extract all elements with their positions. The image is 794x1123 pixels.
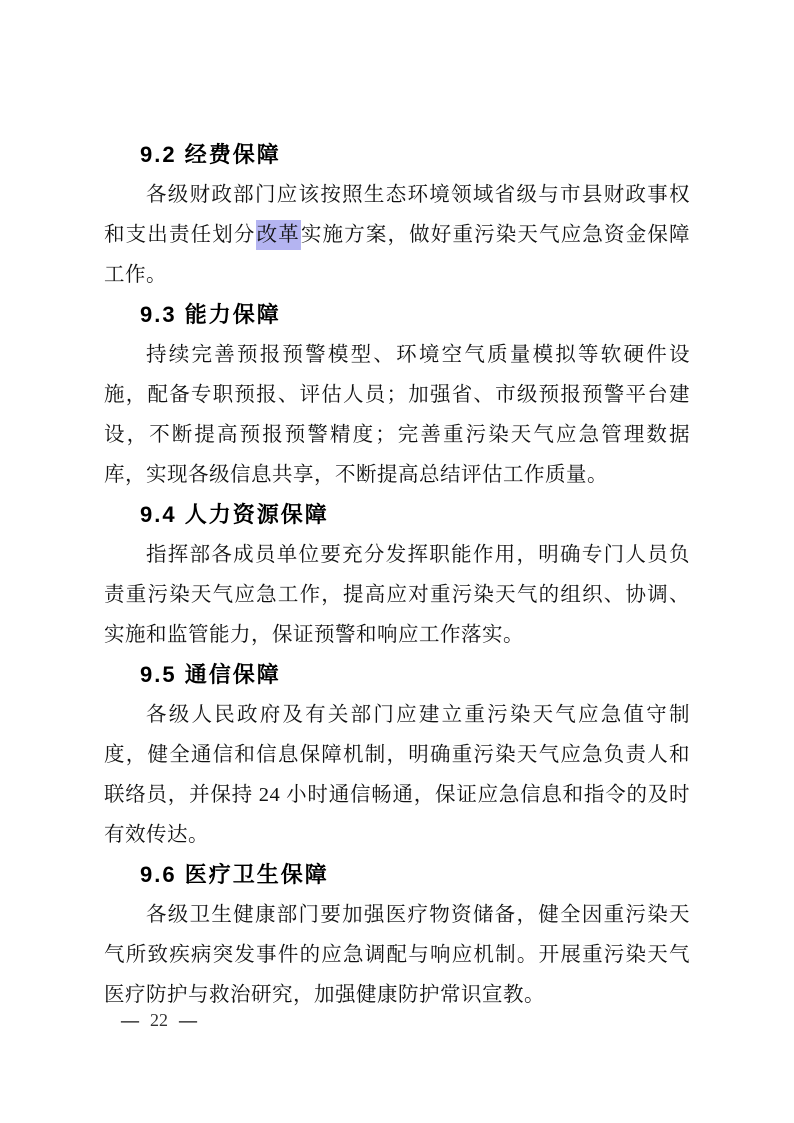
- section-heading: 9.6 医疗卫生保障: [104, 855, 690, 895]
- section-paragraph: 各级人民政府及有关部门应建立重污染天气应急值守制度，健全通信和信息保障机制，明确…: [104, 695, 690, 855]
- section-9-3: 9.3 能力保障 持续完善预报预警模型、环境空气质量模拟等软硬件设施，配备专职预…: [104, 295, 690, 495]
- paragraph-text: 指挥部各成员单位要充分发挥职能作用，明确专门人员负责重污染天气应急工作，提高应对…: [104, 544, 690, 646]
- section-heading: 9.2 经费保障: [104, 135, 690, 175]
- section-heading: 9.5 通信保障: [104, 655, 690, 695]
- section-9-2: 9.2 经费保障 各级财政部门应该按照生态环境领域省级与市县财政事权和支出责任划…: [104, 135, 690, 295]
- section-9-6: 9.6 医疗卫生保障 各级卫生健康部门要加强医疗物资储备，健全因重污染天气所致疾…: [104, 855, 690, 1015]
- section-paragraph: 各级财政部门应该按照生态环境领域省级与市县财政事权和支出责任划分改革实施方案，做…: [104, 175, 690, 295]
- page-number-dash-left: —: [121, 1010, 139, 1031]
- paragraph-text: 各级卫生健康部门要加强医疗物资储备，健全因重污染天气所致疾病突发事件的应急调配与…: [104, 904, 690, 1006]
- page-number: 22: [150, 1010, 168, 1031]
- document-page: 9.2 经费保障 各级财政部门应该按照生态环境领域省级与市县财政事权和支出责任划…: [0, 0, 794, 1123]
- paragraph-text: 各级人民政府及有关部门应建立重污染天气应急值守制度，健全通信和信息保障机制，明确…: [104, 704, 690, 846]
- section-paragraph: 指挥部各成员单位要充分发挥职能作用，明确专门人员负责重污染天气应急工作，提高应对…: [104, 535, 690, 655]
- section-heading: 9.4 人力资源保障: [104, 495, 690, 535]
- paragraph-text: 持续完善预报预警模型、环境空气质量模拟等软硬件设施，配备专职预报、评估人员；加强…: [104, 344, 690, 486]
- section-9-5: 9.5 通信保障 各级人民政府及有关部门应建立重污染天气应急值守制度，健全通信和…: [104, 655, 690, 855]
- section-9-4: 9.4 人力资源保障 指挥部各成员单位要充分发挥职能作用，明确专门人员负责重污染…: [104, 495, 690, 655]
- highlighted-text: 改革: [256, 220, 301, 250]
- section-heading: 9.3 能力保障: [104, 295, 690, 335]
- section-paragraph: 持续完善预报预警模型、环境空气质量模拟等软硬件设施，配备专职预报、评估人员；加强…: [104, 335, 690, 495]
- section-paragraph: 各级卫生健康部门要加强医疗物资储备，健全因重污染天气所致疾病突发事件的应急调配与…: [104, 895, 690, 1015]
- page-number-dash-right: —: [179, 1010, 197, 1031]
- page-footer: — 22 —: [121, 1010, 197, 1031]
